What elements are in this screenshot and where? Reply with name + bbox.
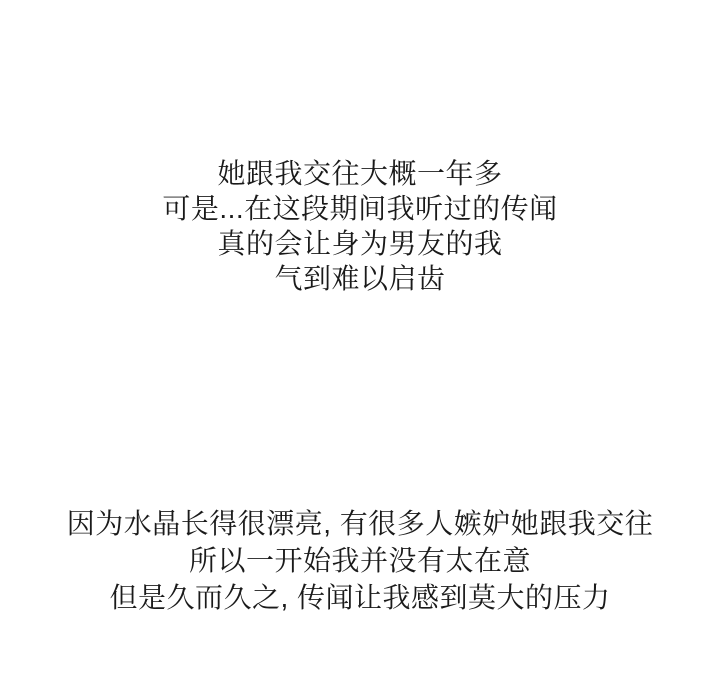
narration-block-top: 她跟我交往大概一年多 可是...在这段期间我听过的传闻 真的会让身为男友的我 气… — [0, 156, 720, 296]
narration-block-bottom: 因为水晶长得很漂亮, 有很多人嫉妒她跟我交往 所以一开始我并没有太在意 但是久而… — [0, 505, 720, 616]
narration-line: 真的会让身为男友的我 — [0, 226, 720, 261]
narration-line: 可是...在这段期间我听过的传闻 — [0, 191, 720, 226]
narration-line: 因为水晶长得很漂亮, 有很多人嫉妒她跟我交往 — [0, 505, 720, 542]
narration-line: 气到难以启齿 — [0, 261, 720, 296]
narration-line: 所以一开始我并没有太在意 — [0, 542, 720, 579]
comic-page: 她跟我交往大概一年多 可是...在这段期间我听过的传闻 真的会让身为男友的我 气… — [0, 0, 720, 700]
narration-line: 她跟我交往大概一年多 — [0, 156, 720, 191]
narration-line: 但是久而久之, 传闻让我感到莫大的压力 — [0, 579, 720, 616]
